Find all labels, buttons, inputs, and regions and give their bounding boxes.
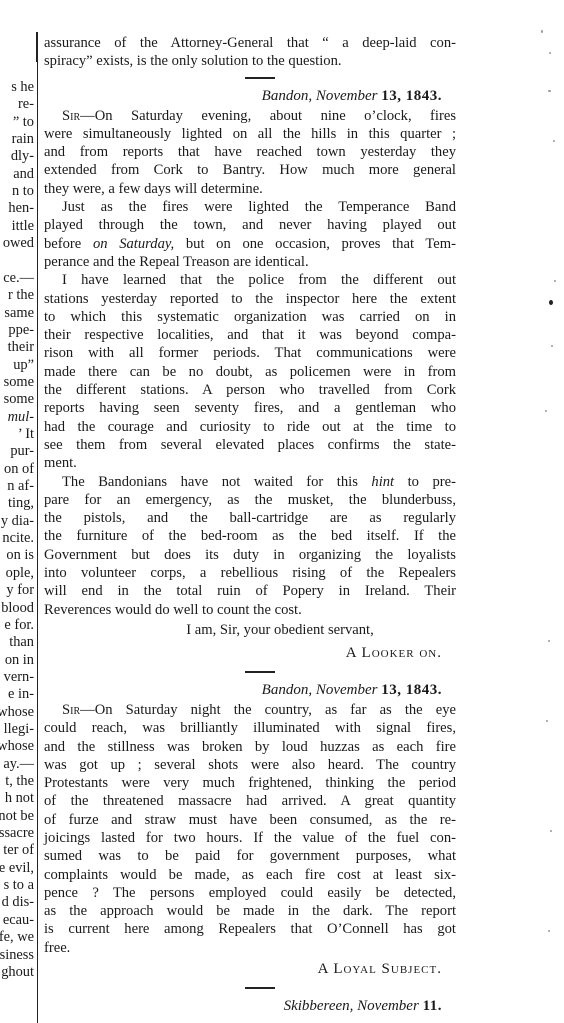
left-column-fragment: t, the xyxy=(5,773,34,790)
salutation: Sir xyxy=(62,108,80,124)
left-column-fragment: same xyxy=(4,305,34,322)
letter2-line: could reach, was brilliantly illuminated… xyxy=(44,719,456,737)
letter1-dateline: Bandon, November 13, 1843. xyxy=(44,85,456,107)
scan-speck xyxy=(545,410,547,412)
scan-speck xyxy=(541,30,543,33)
left-column-fragment: ay.— xyxy=(3,756,34,773)
letter1-line: made there can be no doubt, as policemen… xyxy=(44,363,456,381)
newspaper-page: s here-” toraindly-andn tohen-ittleowedc… xyxy=(0,0,564,1023)
letter1-line: perance and the Repeal Treason are ident… xyxy=(44,253,456,271)
letter1-line: Reverences would do well to count the co… xyxy=(44,601,456,619)
left-column-fragment: rain xyxy=(12,131,34,148)
dateline-month: November xyxy=(316,88,378,104)
left-column-fragment: owed xyxy=(3,235,34,252)
left-column-fragment: blood xyxy=(1,600,34,617)
letter3-dateline: Skibbereen, November 11. xyxy=(44,995,456,1017)
left-column-fragment: and xyxy=(13,166,34,183)
left-column-fragment: ting, xyxy=(8,495,34,512)
letter2-line: is current here among Repealers that O’C… xyxy=(44,920,456,938)
letter2-line: of furze and straw must have been consum… xyxy=(44,811,456,829)
letter1-line: played through the town, and never havin… xyxy=(44,216,456,234)
letter1-line: will end in the total ruin of Popery in … xyxy=(44,582,456,600)
left-column-fragment: h not xyxy=(5,790,34,807)
left-column-fragment: their xyxy=(8,339,34,356)
letter2-line: and the stillness was broken by loud huz… xyxy=(44,738,456,756)
section-rule xyxy=(245,671,275,673)
left-column-fragment: re- xyxy=(18,96,34,113)
left-column-fragment: on in xyxy=(5,652,34,669)
left-column-fragment: on is xyxy=(6,547,34,564)
letter1-line: The Bandonians have not waited for this … xyxy=(44,473,456,491)
letter1-line: had the courage and curiosity to ride ou… xyxy=(44,418,456,436)
section-rule xyxy=(245,77,275,79)
left-column-fragment: ppe- xyxy=(8,322,34,339)
scan-speck xyxy=(551,345,553,347)
dateline-place: Skibbereen, xyxy=(284,998,354,1014)
letter1-line: rison with all former periods. That comm… xyxy=(44,344,456,362)
salutation: Sir xyxy=(62,702,80,718)
letter1-line: were simultaneously lighted on all the h… xyxy=(44,125,456,143)
letter2-line: joicings lasted for two hours. If the va… xyxy=(44,829,456,847)
intro-line: spiracy” exists, is the only solution to… xyxy=(44,52,456,70)
letter1-line: Just as the fires were lighted the Tempe… xyxy=(44,198,456,216)
letter2-line: complaints would be made, as each fire c… xyxy=(44,866,456,884)
letter2-signature: A Loyal Subject. xyxy=(44,957,456,981)
left-column-fragment: mul- xyxy=(8,409,34,426)
letter1-line: pare for an emergency, as the musket, th… xyxy=(44,491,456,509)
letter1-line: the furniture of the bed-room as the bed… xyxy=(44,527,456,545)
left-column-fragment: than xyxy=(9,634,34,651)
left-column-fragment: ghout xyxy=(1,964,34,981)
left-column-fragment: y dia- xyxy=(1,513,34,530)
main-column: assurance of the Attorney-General that “… xyxy=(44,34,456,1017)
left-column-fragment: ” to xyxy=(13,114,34,131)
dateline-month: November xyxy=(316,682,378,698)
left-column-fragment: hen- xyxy=(8,200,34,217)
letter1-line: stations yesterday reported to the inspe… xyxy=(44,290,456,308)
letter1-line: extended from Cork to Bantry. How much m… xyxy=(44,161,456,179)
section-rule xyxy=(245,987,275,989)
scan-speck xyxy=(549,52,551,54)
left-column-fragment: d dis- xyxy=(2,894,34,911)
left-column-fragment: whose xyxy=(0,704,34,721)
letter2-line: of the threatened massacre had arrived. … xyxy=(44,792,456,810)
letter2-line: was got up ; several shots were also hea… xyxy=(44,756,456,774)
letter1-line: Sir—On Saturday evening, about nine o’cl… xyxy=(44,107,456,125)
letter1-line: the pistols, and the ball-cartridge are … xyxy=(44,509,456,527)
letter1-line: reports having seen seventy fires, and a… xyxy=(44,399,456,417)
left-column-fragment: pur- xyxy=(10,443,34,460)
letter1-line: the different stations. A person who tra… xyxy=(44,381,456,399)
scan-speck xyxy=(548,90,551,92)
italic-phrase: on Saturday, xyxy=(93,236,174,252)
left-column-fragment: dly- xyxy=(11,148,34,165)
column-rule xyxy=(37,32,38,1023)
left-column-fragment: on of xyxy=(4,461,34,478)
left-column-fragment: ittle xyxy=(12,218,34,235)
letter2-line: pence ? The persons employed could easil… xyxy=(44,884,456,902)
dateline-month: November xyxy=(357,998,419,1014)
scan-speck xyxy=(546,720,548,722)
italic-word: hint xyxy=(371,474,394,490)
letter2-line: Protestants were very much frightened, t… xyxy=(44,774,456,792)
scan-speck xyxy=(548,640,550,642)
scan-speck xyxy=(553,140,555,142)
left-column-fragment: llegi- xyxy=(4,721,34,738)
dateline-date: 13, 1843. xyxy=(381,88,442,104)
letter1-line: see them from several elevated places co… xyxy=(44,436,456,454)
left-column-fragment: fe, we xyxy=(0,929,34,946)
left-column-fragment: some xyxy=(4,374,34,391)
dateline-date: 13, 1843. xyxy=(381,682,442,698)
left-column-fragment: ecau- xyxy=(3,912,34,929)
scan-speck xyxy=(548,930,550,932)
letter1-line: they were, a few days will determine. xyxy=(44,180,456,198)
left-column-fragment: siness xyxy=(0,947,34,964)
left-column-fragment: e in- xyxy=(8,686,34,703)
scan-speck xyxy=(550,830,552,832)
letter1-line: before on Saturday, but on one occasion,… xyxy=(44,235,456,253)
left-column-fragment: up” xyxy=(13,357,34,374)
letter2-line: Sir—On Saturday night the country, as fa… xyxy=(44,701,456,719)
left-column-fragment: whose xyxy=(0,738,34,755)
left-column-fragment: y for xyxy=(6,582,34,599)
letter1-line: their respective localities, and that it… xyxy=(44,326,456,344)
intro-line: assurance of the Attorney-General that “… xyxy=(44,34,456,52)
left-column-fragment: ncite. xyxy=(2,530,34,547)
left-column-fragment: s he xyxy=(11,79,34,96)
letter2-line: as the approach would be made in the dar… xyxy=(44,902,456,920)
scan-speck xyxy=(549,300,553,305)
letter1-closing: I am, Sir, your obedient servant, xyxy=(44,619,456,641)
letter2-dateline: Bandon, November 13, 1843. xyxy=(44,679,456,701)
left-column-fragment: e evil, xyxy=(0,860,34,877)
letter2-line: sumed was to be paid for government purp… xyxy=(44,847,456,865)
letter2-line: free. xyxy=(44,939,456,957)
letter1-line: Government but does its duty in organizi… xyxy=(44,546,456,564)
dateline-place: Bandon, xyxy=(262,682,312,698)
letter1-line: into volunteer corps, a rebellious risin… xyxy=(44,564,456,582)
left-column-fragment: ople, xyxy=(6,565,34,582)
letter1-line: and from reports that have reached town … xyxy=(44,143,456,161)
left-column-fragment: e for. xyxy=(4,617,34,634)
left-column-fragment: s to a xyxy=(4,877,34,894)
left-column-fragment: n to xyxy=(12,183,34,200)
scan-speck xyxy=(554,280,556,282)
letter1-line: I have learned that the police from the … xyxy=(44,271,456,289)
left-column-fragment: n af- xyxy=(7,478,34,495)
left-column-fragment: ter of xyxy=(3,842,34,859)
left-column-fragment: not be xyxy=(0,808,34,825)
left-column-fragment: ce.— xyxy=(3,270,34,287)
left-column-fragment: ’ It xyxy=(18,426,34,443)
left-column-fragment: r the xyxy=(8,287,34,304)
letter1-line: to which this systematic organization wa… xyxy=(44,308,456,326)
left-column-fragment: ssacre xyxy=(0,825,34,842)
left-column-fragments: s here-” toraindly-andn tohen-ittleowedc… xyxy=(0,0,34,1023)
dateline-place: Bandon, xyxy=(262,88,312,104)
left-column-fragment: some xyxy=(4,391,34,408)
dateline-date: 11. xyxy=(423,998,442,1014)
letter1-line: ment. xyxy=(44,454,456,472)
left-column-fragment: vern- xyxy=(4,669,34,686)
letter1-signature: A Looker on. xyxy=(44,641,456,665)
